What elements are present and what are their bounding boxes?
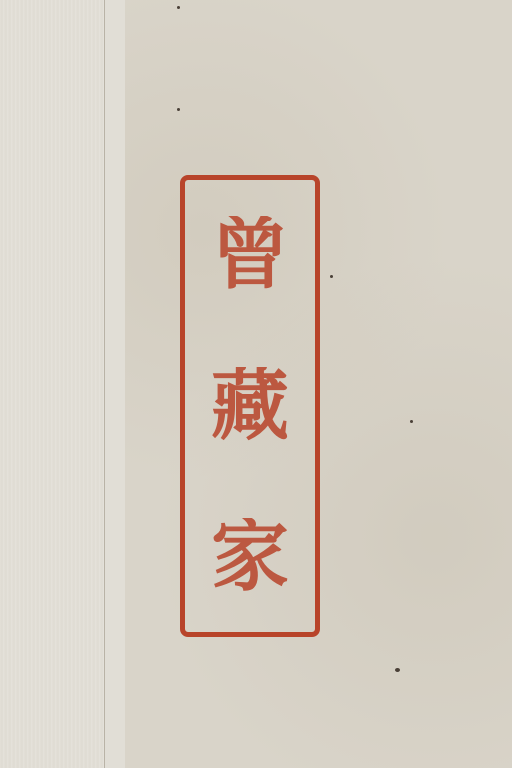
paper-speck: [177, 108, 180, 111]
red-seal-stamp: 曾 藏 家: [180, 175, 320, 637]
seal-glyph: 藏: [190, 367, 310, 445]
paper-speck: [395, 668, 400, 672]
paper-speck: [410, 420, 413, 423]
silk-mounting-border: [0, 0, 104, 768]
seal-glyph: 家: [190, 518, 310, 596]
paper-speck: [177, 6, 180, 9]
seal-characters: 曾 藏 家: [185, 180, 315, 632]
paper-speck: [330, 275, 333, 278]
mounting-edge-strip: [104, 0, 126, 768]
seal-glyph: 曾: [190, 216, 310, 294]
